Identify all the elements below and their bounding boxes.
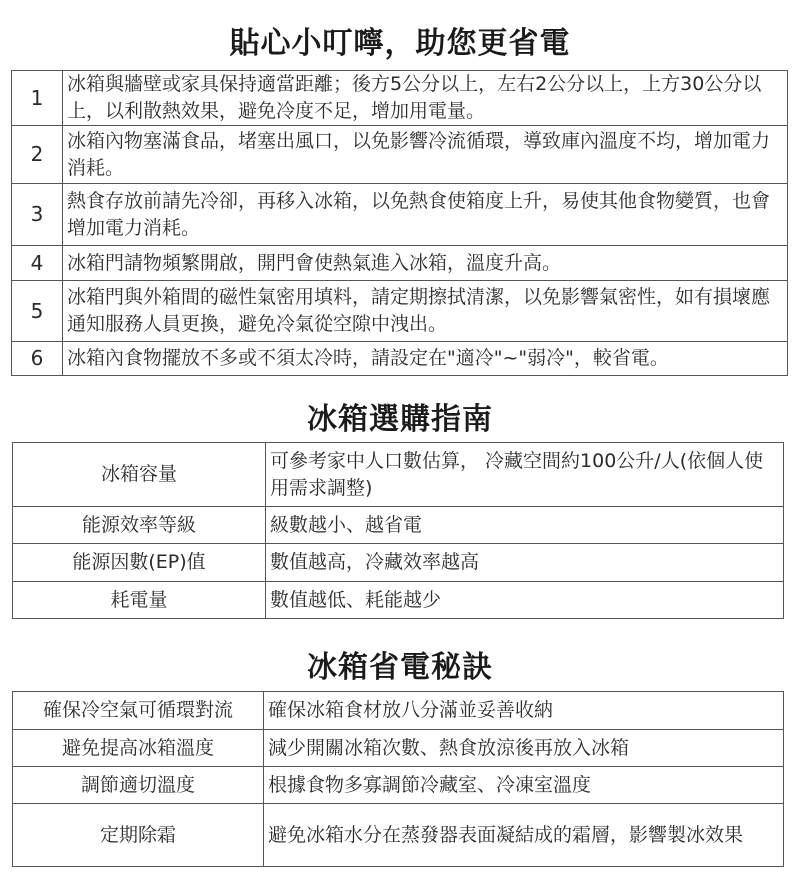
secret-text: 減少開關冰箱次數、熱食放涼後再放入冰箱 [264,730,784,767]
guide-text: 級數越小、越省電 [266,507,784,544]
secret-label: 調節適切溫度 [13,767,264,804]
tip-text: 冰箱門請物頻繁開啟，開門會使熱氣進入冰箱，溫度升高。 [63,246,788,281]
tip-number: 1 [12,71,63,126]
table-row: 耗電量 數值越低、耗能越少 [13,582,784,619]
tip-text: 冰箱內物塞滿食品，堵塞出風口，以免影響冷流循環，導致庫內溫度不均，增加電力消耗。 [63,126,788,184]
guide-title: 冰箱選購指南 [0,394,800,438]
guide-label: 冰箱容量 [13,443,266,507]
tip-text: 冰箱門與外箱間的磁性氣密用填料，請定期擦拭清潔，以免影響氣密性，如有損壞應通知服… [63,281,788,342]
table-row: 能源因數(EP)值 數值越高，冷藏效率越高 [13,544,784,582]
table-row: 4 冰箱門請物頻繁開啟，開門會使熱氣進入冰箱，溫度升高。 [12,246,788,281]
table-row: 冰箱容量 可參考家中人口數估算， 冷藏空間約100公升/人(依個人使用需求調整) [13,443,784,507]
table-row: 確保冷空氣可循環對流 確保冰箱食材放八分滿並妥善收納 [13,692,784,730]
table-row: 6 冰箱內食物擺放不多或不須太冷時，請設定在"適冷"~"弱冷"，較省電。 [12,342,788,376]
tip-text: 冰箱與牆壁或家具保持適當距離；後方5公分以上，左右2公分以上，上方30公分以上，… [63,71,788,126]
table-row: 避免提高冰箱溫度 減少開關冰箱次數、熱食放涼後再放入冰箱 [13,730,784,767]
guide-table: 冰箱容量 可參考家中人口數估算， 冷藏空間約100公升/人(依個人使用需求調整)… [12,442,784,619]
tips-table: 1 冰箱與牆壁或家具保持適當距離；後方5公分以上，左右2公分以上，上方30公分以… [11,70,788,376]
secret-text: 確保冰箱食材放八分滿並妥善收納 [264,692,784,730]
table-row: 2 冰箱內物塞滿食品，堵塞出風口，以免影響冷流循環，導致庫內溫度不均，增加電力消… [12,126,788,184]
secrets-title: 冰箱省電秘訣 [0,642,800,686]
tip-number: 2 [12,126,63,184]
secret-label: 確保冷空氣可循環對流 [13,692,264,730]
secret-text: 根據食物多寡調節冷藏室、冷凍室溫度 [264,767,784,804]
tip-number: 4 [12,246,63,281]
guide-label: 耗電量 [13,582,266,619]
guide-text: 可參考家中人口數估算， 冷藏空間約100公升/人(依個人使用需求調整) [266,443,784,507]
secret-text: 避免冰箱水分在蒸發器表面凝結成的霜層，影響製冰效果 [264,804,784,867]
guide-text: 數值越低、耗能越少 [266,582,784,619]
tip-number: 6 [12,342,63,376]
tip-text: 冰箱內食物擺放不多或不須太冷時，請設定在"適冷"~"弱冷"，較省電。 [63,342,788,376]
guide-text: 數值越高，冷藏效率越高 [266,544,784,582]
table-row: 定期除霜 避免冰箱水分在蒸發器表面凝結成的霜層，影響製冰效果 [13,804,784,867]
guide-label: 能源效率等級 [13,507,266,544]
table-row: 調節適切溫度 根據食物多寡調節冷藏室、冷凍室溫度 [13,767,784,804]
table-row: 1 冰箱與牆壁或家具保持適當距離；後方5公分以上，左右2公分以上，上方30公分以… [12,71,788,126]
secrets-table: 確保冷空氣可循環對流 確保冰箱食材放八分滿並妥善收納 避免提高冰箱溫度 減少開關… [12,691,784,867]
tip-number: 3 [12,184,63,246]
tips-title: 貼心小叮嚀，助您更省電 [0,18,800,62]
secret-label: 避免提高冰箱溫度 [13,730,264,767]
tip-number: 5 [12,281,63,342]
table-row: 5 冰箱門與外箱間的磁性氣密用填料，請定期擦拭清潔，以免影響氣密性，如有損壞應通… [12,281,788,342]
table-row: 能源效率等級 級數越小、越省電 [13,507,784,544]
table-row: 3 熱食存放前請先冷卻，再移入冰箱，以免熱食使箱度上升，易使其他食物變質，也會增… [12,184,788,246]
secret-label: 定期除霜 [13,804,264,867]
guide-label: 能源因數(EP)值 [13,544,266,582]
tip-text: 熱食存放前請先冷卻，再移入冰箱，以免熱食使箱度上升，易使其他食物變質，也會增加電… [63,184,788,246]
